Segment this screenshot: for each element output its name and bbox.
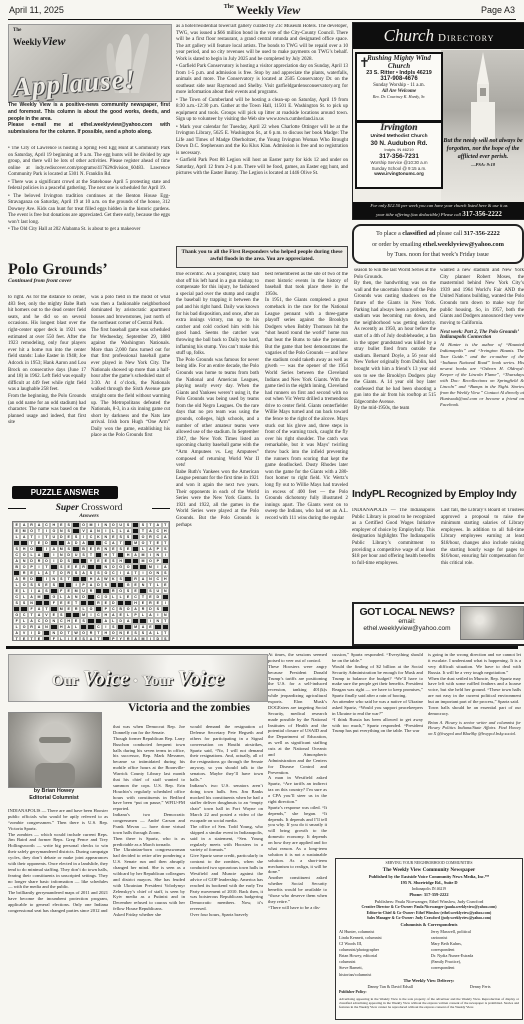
crossword-letter-cell: F (50, 636, 57, 641)
crossword-letter-cell: E (35, 636, 42, 641)
church-ad-rushing: ✝ Rushing Mighty Wind Church 23 S. Ritte… (355, 52, 443, 122)
portrait-illustration (9, 713, 101, 787)
banner-line2: your tithe offering (tax deductible) Ple… (376, 212, 462, 217)
crossword-title-rest: Crossword (79, 503, 123, 513)
columnist-entry: Jerry Maxwell, political cartoonist (431, 929, 474, 941)
columnist-entry: CJ Woods III, columnist/photographer (339, 941, 382, 953)
crossword-letter-cell: S (80, 636, 87, 641)
our-label: Our (52, 673, 79, 689)
columnist-bio: Brian A. Howey is senior writer and colu… (428, 720, 521, 737)
puzzle-answer-badge: PUZZLE ANSWER (12, 486, 118, 499)
columnist-entry: Brian Howey, editorial columnist (339, 953, 382, 965)
applause-header-photo: The WeeklyView Applause! (8, 24, 172, 102)
news-brief: • Mark your calendar for Tuesday, April … (176, 125, 348, 158)
classified-text: or order by emailing (372, 242, 423, 248)
byline-role: Editorial Columnist (8, 795, 100, 802)
applause-intro-line1: The Weekly View is a positive-news commu… (8, 102, 170, 122)
got-news-headline: GOT LOCAL NEWS? (357, 606, 457, 618)
bullet-separator: • (133, 673, 138, 688)
classified-text: To place a (376, 231, 402, 237)
section-divider (6, 646, 518, 649)
columnist-portrait-photo (8, 712, 102, 788)
victoria-column-5: cussion,” Spartz responded. “Everything … (332, 652, 423, 854)
crossword-letter-cell: Y (117, 636, 124, 641)
victoria-column-1: INDIANAPOLIS — There are and have been H… (8, 808, 108, 1020)
newspaper-page: April 11, 2025 The Weekly View Page A3 T… (0, 0, 524, 1024)
indypl-headline: IndyPL Recognized by Employ Indy (352, 488, 524, 505)
voice-label: Voice (83, 666, 130, 690)
victoria-column-6: is going in the wrong direction and we c… (428, 652, 521, 854)
columnist-entry: (Family Practice), correspondent (431, 959, 474, 971)
columnists-list: Al Hunter, columnist Linda Kennett, colu… (339, 929, 519, 978)
crossword-letter-cell: P (110, 636, 117, 641)
masthead-name: Weekly (236, 3, 274, 17)
crossword-grid: EARACHESOMINOUSSTATEMOTIONSVANILLATACHLA… (12, 521, 170, 641)
steeple-illustration (441, 50, 524, 140)
crossword-letter-cell: A (132, 636, 139, 641)
church-header-script: Church (384, 26, 434, 45)
got-news-email: ethel.weeklyview@yahoo.com (357, 625, 457, 632)
classified-phone: 317-356-2222 (464, 230, 500, 237)
church-steeple-photo: But the needy will not always be forgott… (441, 50, 524, 202)
indypl-column-2: Last fall, the Library’s Board of Truste… (441, 508, 524, 598)
continued-note: Continued from front cover (8, 278, 170, 284)
crossword-letter-cell: T (28, 636, 35, 641)
article-title: Polo Grounds’ (8, 262, 170, 278)
delivery-name: Danny Tan & David Edsall (367, 984, 412, 990)
banner-phone: 317-356-2222 (462, 210, 502, 218)
page-number: Page A3 (481, 5, 515, 15)
church-header-caps: Directory (438, 32, 494, 44)
crossword-letter-cell: T (13, 636, 20, 641)
banner-line1: For only $12.50 per week you can have yo… (370, 203, 507, 208)
crossword-letter-cell: I (65, 636, 72, 641)
polo-column-3: true eccentric. As a youngster, Daily ha… (176, 272, 259, 642)
news-brief: • Garfield Park Conservatory is hosting … (176, 64, 348, 97)
crossword-letter-cell: M (139, 636, 146, 641)
crossword-letter-cell: D (154, 636, 161, 641)
newspaper-masthead-box: SERVING YOUR NEIGHBORHOOD COMMUNITIES Th… (335, 858, 523, 1020)
voice-label: Voice (177, 666, 224, 690)
polo-column-4: best remembered as the site of two of th… (265, 272, 348, 642)
church-phone: 317-908-4676 (357, 76, 441, 83)
crossword-letter-cell: A (87, 636, 94, 641)
classified-email: ethel.weeklyview@yahoo.com (423, 241, 504, 248)
victoria-column-3: would demand the resignation of Defense … (190, 724, 263, 1020)
applause-item: • The beloved Irvington tradition contin… (8, 194, 170, 227)
bible-verse: But the needy will not always be forgott… (443, 138, 523, 167)
logo-view: View (42, 34, 66, 48)
crossword-letter-cell: T (95, 636, 102, 641)
masthead-title: The Weekly View Community Newspaper (339, 867, 519, 875)
byline-name: by Brian Howey (8, 788, 100, 795)
verse-text: But the needy will not always be forgott… (443, 138, 522, 160)
polo-column-2: was a polo field in the midst of what wa… (91, 295, 170, 483)
page-header: April 11, 2025 The Weekly View Page A3 (0, 3, 524, 19)
applause-intro: The Weekly View is a positive-news commu… (8, 102, 170, 144)
classified-ad-box: To place a classified ad please call 317… (352, 224, 524, 264)
next-week-note: Next week: Part 2, The Polo Grounds’ Ind… (440, 330, 524, 340)
delivery-name: Denny Ferts (470, 984, 491, 990)
crossword-black-cell (43, 636, 50, 641)
crossword-black-cell (102, 636, 109, 641)
classified-bold: classified ad (402, 230, 435, 237)
church-directory: Church Directory But the needy will not … (352, 22, 524, 220)
crossword-title-super: Super (56, 503, 79, 513)
weekly-view-logo: The WeeklyView (13, 28, 66, 49)
victoria-column-2: that was when Democrat Rep. Joe Donnelly… (113, 724, 185, 1020)
polo-grounds-headline: Polo Grounds’ Continued from front cover (8, 262, 170, 292)
applause-intro-line2: Please e-mail me at ethel.weeklyview@yah… (8, 122, 170, 135)
crossword-letter-cell: S (162, 636, 169, 641)
indypl-column-1: INDIANAPOLIS — The Indianapolis Public L… (352, 508, 435, 598)
news-brief: • Garfield Park Post 88 Legion will host… (176, 158, 348, 178)
applause-item: • There was a significant crowd at the S… (8, 180, 170, 193)
your-label: Your (142, 673, 174, 689)
applause-item: • The Old City Hall at 202 Alabama St. i… (8, 227, 170, 234)
columnist-byline: by Brian Howey Editorial Columnist (8, 788, 100, 804)
author-bio: Al Hunter is the author of “Haunted Indi… (440, 342, 524, 408)
church-ad-irvington: Irvington United Methodist Church 30 N. … (355, 121, 443, 189)
got-local-news-text: GOT LOCAL NEWS? email: ethel.weeklyview@… (357, 606, 457, 632)
victoria-column-4: At times, the sessions seemed poised to … (268, 652, 327, 1020)
masthead-name-italic: View (276, 3, 300, 17)
verse-reference: —PSA: 9:18 (443, 162, 523, 168)
church-pastor: Rev. Dr. Courtney K. Hardy, Sr. (357, 95, 441, 100)
got-local-news-box: GOT LOCAL NEWS? email: ethel.weeklyview@… (352, 602, 524, 646)
victoria-column-6-text: is going in the wrong direction and we c… (428, 652, 521, 717)
church-phone: 317-356-7231 (357, 153, 441, 161)
first-responders-thanks-box: Thank you to all the First Responders wh… (176, 246, 348, 268)
news-brief: as a hotel/residential tower/art gallery… (176, 24, 348, 63)
classified-deadline: by Tues. noon for that week’s Friday iss… (387, 252, 489, 258)
paper-masthead: The Weekly View (0, 3, 524, 18)
church-website: www.irvingtonumc.org (357, 171, 441, 177)
columnist-entry: Mary Beth Kuhns, correspondent (431, 941, 474, 953)
crossword-letter-cell: E (20, 636, 27, 641)
church-listing-banner: For only $12.50 per week you can have yo… (353, 202, 524, 219)
role-line: Creative Director & Co-Owner: Paula Nice… (339, 905, 519, 911)
polo-column-6: wanted a new stadium and New York City p… (440, 268, 524, 484)
church-name: Irvington (357, 123, 441, 134)
polo-column-1: to right. As for the distance to center,… (8, 295, 86, 483)
crossword-answers-label: Answers (8, 513, 170, 520)
header-rule (8, 19, 516, 20)
logo-weekly: Weekly (13, 37, 42, 47)
church-directory-header: Church Directory (353, 23, 524, 49)
crossword-letter-cell: E (72, 636, 79, 641)
our-voice-header: Our Voice • Your Voice (8, 654, 268, 702)
church-directory-body: But the needy will not always be forgott… (353, 50, 524, 202)
victoria-article-title: Victoria and the zombies (110, 702, 268, 718)
applause-items: • The City of Lawrence is hosting a Spri… (8, 146, 170, 258)
masthead-the: The (224, 4, 234, 10)
columnists-header: Columnists & Correspondents (339, 922, 519, 928)
polo-column-6-text: wanted a new stadium and New York City p… (440, 268, 524, 327)
news-brief: • The Town of Cumberland will be hosting… (176, 98, 348, 124)
publisher-policy: Advertising appearing in the Weekly View… (339, 997, 519, 1010)
kids-whisper-photo (460, 606, 524, 640)
polo-column-5: season to win the last World Series at t… (354, 268, 436, 484)
applause-item: • The City of Lawrence is hosting a Spri… (8, 146, 170, 179)
got-news-email-label: email: (357, 618, 457, 625)
columnist-entry: Steve Barnett, historian/columnist (339, 965, 382, 977)
news-briefs-column: as a hotel/residential tower/art gallery… (176, 24, 348, 244)
crossword-letter-cell: R (124, 636, 131, 641)
cross-icon: ✝ (359, 56, 370, 71)
logo-the: The (13, 28, 66, 33)
crossword-letter-cell: L (58, 636, 65, 641)
policy-header: Publisher Policy: (339, 990, 519, 996)
crossword-letter-cell: I (147, 636, 154, 641)
classified-text: please call (435, 231, 463, 237)
